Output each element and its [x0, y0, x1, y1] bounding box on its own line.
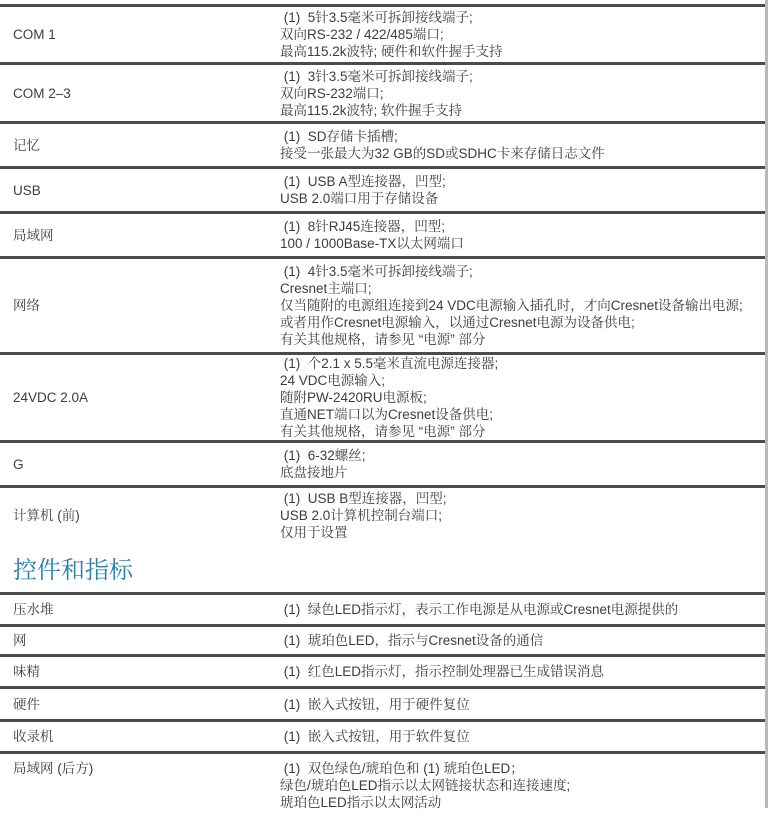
spec-description: (1) 3针3.5毫米可拆卸接线端子; 双向RS-232端口; 最高115.2k… — [280, 68, 765, 119]
spec-row-lan: 局域网 (1) 8针RJ45连接器，凹型; 100 / 1000Base-TX以… — [0, 211, 765, 256]
spec-row-lan-rear: 局域网 (后方) (1) 双色绿色/琥珀色和 (1) 琥珀色LED； 绿色/琥珀… — [0, 751, 765, 829]
spec-row-hw-reset: 硬件 (1) 嵌入式按钮，用于硬件复位 — [0, 686, 765, 719]
spec-label: 24VDC 2.0A — [0, 389, 280, 406]
section-title-controls-indicators: 控件和指标 — [13, 557, 771, 584]
spec-description: (1) SD存储卡插槽; 接受一张最大为32 GB的SD或SDHC卡来存储日志文… — [280, 128, 765, 162]
spec-label: 计算机 (前) — [0, 507, 280, 524]
controls-indicators-table: 压水堆 (1) 绿色LED指示灯，表示工作电源是从电源或Cresnet电源提供的… — [0, 592, 765, 829]
spec-description: (1) 8针RJ45连接器，凹型; 100 / 1000Base-TX以太网端口 — [280, 218, 765, 252]
spec-label: COM 1 — [0, 26, 280, 43]
spec-label: 硬件 — [0, 696, 280, 713]
spec-description: (1) 6-32螺丝; 底盘接地片 — [280, 447, 765, 481]
spec-label: 味精 — [0, 663, 280, 680]
spec-description: (1) 嵌入式按钮，用于硬件复位 — [280, 696, 765, 713]
spec-description: (1) 5针3.5毫米可拆卸接线端子; 双向RS-232 / 422/485端口… — [280, 9, 765, 60]
spec-label: 网 — [0, 632, 280, 649]
spec-description: (1) USB B型连接器，凹型; USB 2.0计算机控制台端口; 仅用于设置 — [280, 490, 765, 541]
spec-row-sw-reset: 收录机 (1) 嵌入式按钮，用于软件复位 — [0, 719, 765, 751]
ports-spec-table: COM 1 (1) 5针3.5毫米可拆卸接线端子; 双向RS-232 / 422… — [0, 4, 765, 543]
spec-row-24vdc: 24VDC 2.0A (1) 个2.1 x 5.5毫米直流电源连接器; 24 V… — [0, 352, 765, 440]
spec-label: COM 2–3 — [0, 85, 280, 102]
spec-row-net-led: 网 (1) 琥珀色LED，指示与Cresnet设备的通信 — [0, 624, 765, 654]
spec-row-com1: COM 1 (1) 5针3.5毫米可拆卸接线端子; 双向RS-232 / 422… — [0, 4, 765, 62]
spec-label: 局域网 (后方) — [0, 754, 280, 777]
spec-label: USB — [0, 182, 280, 199]
spec-row-com2-3: COM 2–3 (1) 3针3.5毫米可拆卸接线端子; 双向RS-232端口; … — [0, 62, 765, 121]
spec-description: (1) 个2.1 x 5.5毫米直流电源连接器; 24 VDC电源输入; 随附P… — [280, 355, 765, 440]
spec-label: 记忆 — [0, 137, 280, 154]
spec-row-pwr-led: 压水堆 (1) 绿色LED指示灯，表示工作电源是从电源或Cresnet电源提供的 — [0, 592, 765, 624]
spec-sheet-page: COM 1 (1) 5针3.5毫米可拆卸接线端子; 双向RS-232 / 422… — [0, 0, 771, 830]
spec-row-ground: G (1) 6-32螺丝; 底盘接地片 — [0, 440, 765, 485]
spec-description: (1) 绿色LED指示灯，表示工作电源是从电源或Cresnet电源提供的 — [280, 601, 765, 618]
scrollbar[interactable] — [765, 0, 768, 808]
spec-label: 网络 — [0, 297, 280, 314]
spec-label: 局域网 — [0, 227, 280, 244]
spec-row-computer-front: 计算机 (前) (1) USB B型连接器，凹型; USB 2.0计算机控制台端… — [0, 485, 765, 543]
spec-label: G — [0, 456, 280, 473]
spec-description: (1) 嵌入式按钮，用于软件复位 — [280, 728, 765, 745]
spec-description: (1) 4针3.5毫米可拆卸接线端子; Cresnet主端口; 仅当随附的电源组… — [280, 263, 765, 348]
spec-row-net: 网络 (1) 4针3.5毫米可拆卸接线端子; Cresnet主端口; 仅当随附的… — [0, 256, 765, 352]
spec-description: (1) USB A型连接器，凹型; USB 2.0端口用于存储设备 — [280, 173, 765, 207]
spec-description: (1) 双色绿色/琥珀色和 (1) 琥珀色LED； 绿色/琥珀色LED指示以太网… — [280, 754, 765, 811]
spec-description: (1) 红色LED指示灯，指示控制处理器已生成错误消息 — [280, 663, 765, 680]
spec-row-usb: USB (1) USB A型连接器，凹型; USB 2.0端口用于存储设备 — [0, 166, 765, 211]
spec-label: 收录机 — [0, 728, 280, 745]
spec-description: (1) 琥珀色LED，指示与Cresnet设备的通信 — [280, 632, 765, 649]
spec-row-msg-led: 味精 (1) 红色LED指示灯，指示控制处理器已生成错误消息 — [0, 654, 765, 686]
spec-label: 压水堆 — [0, 601, 280, 618]
spec-row-memory: 记忆 (1) SD存储卡插槽; 接受一张最大为32 GB的SD或SDHC卡来存储… — [0, 121, 765, 166]
